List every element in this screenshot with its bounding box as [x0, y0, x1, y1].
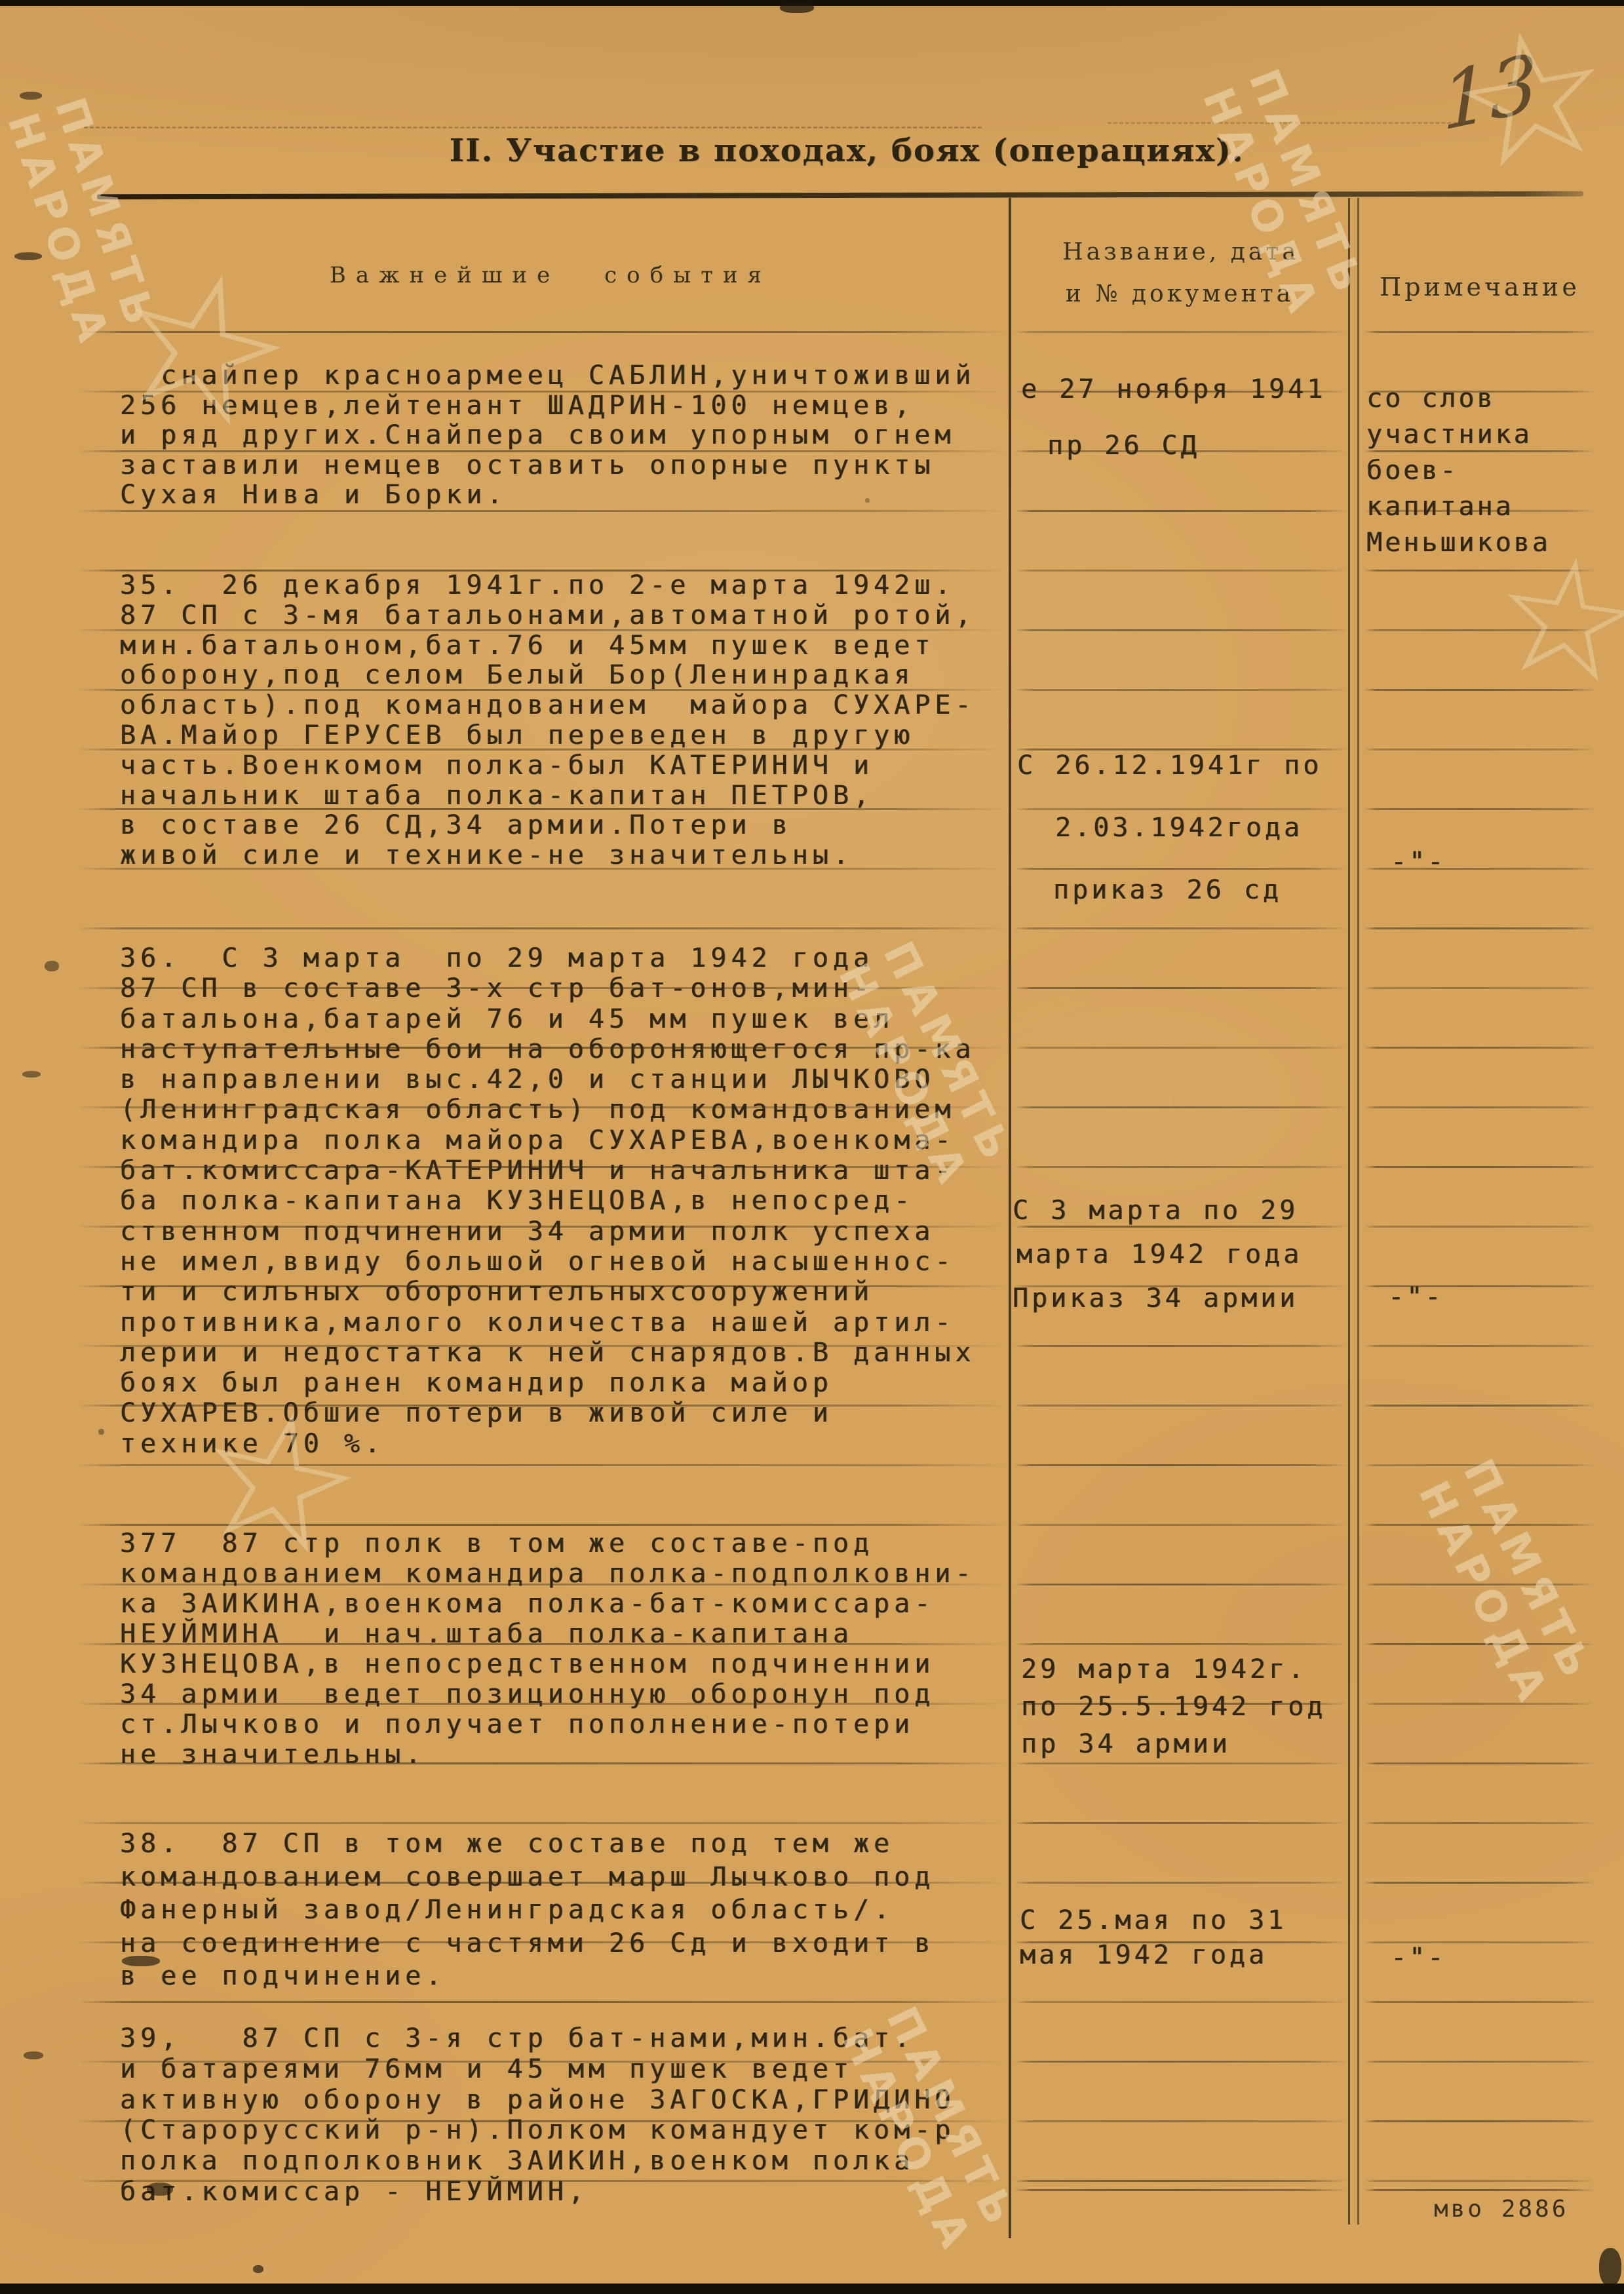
ruled-line [77, 1464, 1008, 1466]
event-line: 39, 87 СП с 3-я стр бат-нами,мин.бат. [120, 2023, 955, 2054]
ruled-line [1364, 2189, 1595, 2191]
event-line: 34 армии ведет позиционную оборонун под [120, 1679, 975, 1709]
ruled-line [1015, 2001, 1347, 2003]
ruled-line [1015, 1882, 1347, 1884]
event-line: ти и сильных оборонительныхсооружений [120, 1277, 975, 1307]
event-line: оборону,под селом Белый Бор(Ленинрадкая [120, 661, 975, 691]
ruled-line [1015, 1464, 1347, 1466]
doc-line: пр 26 СД [1021, 418, 1326, 474]
ink-speck [865, 498, 870, 503]
archive-stamp: мво 2886 [1434, 2196, 1568, 2223]
event-line: 87 СП с 3-мя батальонами,автоматной рото… [120, 601, 975, 631]
ruled-line [1015, 1405, 1347, 1407]
ruled-line [1015, 868, 1347, 870]
ink-speck [14, 252, 42, 260]
note-line: участника [1366, 417, 1551, 453]
event-line: 36. С 3 марта по 29 марта 1942 года [120, 943, 975, 973]
ruled-line [1364, 927, 1595, 929]
ruled-line [1364, 629, 1595, 631]
ruled-line [77, 987, 1008, 989]
ruled-line [1364, 2001, 1595, 2003]
column-divider-1 [1009, 198, 1011, 2238]
event-line: Сухая Нива и Борки. [120, 480, 975, 511]
ruled-line [77, 2001, 1008, 2003]
ruled-line [77, 510, 1008, 512]
event-line: активную оборону в районе ЗАГОСКА,ГРИДИН… [120, 2085, 955, 2116]
event-line: противника,малого количества нашей артил… [120, 1308, 975, 1338]
event-line: 35. 26 декабря 1941г.по 2-е марта 1942ш. [120, 571, 975, 601]
ruled-line [1015, 1762, 1347, 1764]
doc-block: 29 марта 1942г.по 25.5.1942 годпр 34 арм… [1021, 1651, 1326, 1763]
ruled-line [1364, 1524, 1595, 1526]
event-line: бат.комиссара-КАТЕРИНИЧ и начальника шта… [120, 1156, 975, 1186]
note-line: -"- [1391, 844, 1446, 880]
ruled-line [77, 1941, 1008, 1943]
ruled-line [1364, 808, 1595, 810]
ruled-line [1015, 2189, 1347, 2191]
ruled-line [1364, 331, 1595, 333]
event-line: 377 87 стр полк в том же составе-под [120, 1528, 975, 1559]
document-page: 13 II. Участие в походах, боях (операция… [0, 0, 1624, 2294]
event-line: снайпер красноармеец САБЛИН,уничтоживший [120, 361, 975, 391]
ruled-line [1364, 1703, 1595, 1705]
event-block: 377 87 стр полк в том же составе-подкома… [120, 1528, 975, 1770]
event-line: ственном подчинении 34 армии полк успеха [120, 1216, 975, 1247]
event-line: командованием совершает марш Лычково под [120, 1861, 935, 1894]
ink-speck [45, 961, 59, 971]
table-top-rule [97, 191, 1583, 200]
doc-line: марта 1942 года [1013, 1233, 1302, 1277]
ruled-line [1364, 1047, 1595, 1049]
ruled-line [1364, 1285, 1595, 1287]
ruled-line [1364, 748, 1595, 750]
ruled-line [77, 331, 1008, 333]
event-line: живой силе и технике-не значительны. [120, 841, 975, 871]
handwritten-page-number: 13 [1440, 36, 1539, 148]
ink-speck [22, 1071, 41, 1078]
faded-rule [84, 126, 982, 128]
ink-speck [1599, 2248, 1621, 2286]
ruled-line [77, 1106, 1008, 1108]
event-line: батальона,батарей 76 и 45 мм пушек вел [120, 1004, 975, 1034]
faded-rule [1108, 122, 1475, 124]
ruled-line [1015, 808, 1347, 810]
ruled-line [1015, 331, 1347, 333]
ruled-line [1015, 1345, 1347, 1347]
event-line: ВА.Майор ГЕРУСЕВ был переведен в другую [120, 721, 975, 751]
header-events: Важнейшие события [330, 262, 771, 288]
ruled-line [1015, 1584, 1347, 1585]
ruled-line [1015, 1285, 1347, 1287]
watermark-text: ПАМЯТЬ НАРОДА [0, 92, 167, 354]
ruled-line [1364, 1345, 1595, 1347]
ruled-line [77, 1584, 1008, 1585]
ruled-line [77, 1524, 1008, 1526]
doc-line: пр 34 армии [1021, 1726, 1326, 1763]
ruled-line [1364, 987, 1595, 989]
event-line: лерии и недостатка к ней снарядов.В данн… [120, 1338, 975, 1368]
event-line: заставили немцев оставить опорные пункты [120, 451, 975, 481]
ruled-line [1364, 510, 1595, 512]
note-line: Меньшикова [1366, 525, 1551, 561]
doc-line: 29 марта 1942г. [1021, 1651, 1326, 1688]
ruled-line [77, 1643, 1008, 1645]
ruled-line [1015, 629, 1347, 631]
ruled-line [1015, 2120, 1347, 2122]
event-line: начальник штаба полка-капитан ПЕТРОВ, [120, 781, 975, 811]
ruled-line [77, 2061, 1008, 2063]
event-block: снайпер красноармеец САБЛИН,уничтоживший… [120, 361, 975, 511]
ruled-line [1015, 2180, 1347, 2182]
ruled-line [1015, 510, 1347, 512]
ruled-line [77, 1822, 1008, 1824]
ruled-line [1364, 2120, 1595, 2122]
column-divider-2a [1348, 198, 1350, 2225]
event-line: КУЗНЕЦОВА,в непосредственном подчиненнии [120, 1649, 975, 1679]
ruled-line [1015, 391, 1347, 393]
ruled-line [1015, 1524, 1347, 1526]
ruled-line [77, 1703, 1008, 1705]
ruled-line [1364, 689, 1595, 691]
event-line: (Ленинградская область) под командование… [120, 1095, 975, 1125]
ruled-line [1015, 927, 1347, 929]
ruled-line [1364, 1882, 1595, 1884]
ruled-line [77, 1882, 1008, 1884]
ruled-line [1364, 868, 1595, 870]
event-line: область).под командованием майора СУХАРЕ… [120, 691, 975, 721]
note-line: боев- [1366, 453, 1551, 489]
event-block: 38. 87 СП в том же составе под тем жеком… [120, 1827, 935, 1993]
doc-block: С 26.12.1941г по2.03.1942годаприказ 26 с… [1017, 735, 1322, 922]
section-title: II. Участие в походах, боях (операциях). [450, 132, 1245, 169]
note-block: -"- [1391, 844, 1446, 880]
note-line: капитана [1366, 489, 1551, 525]
doc-block: С 3 марта по 29марта 1942 годаПриказ 34 … [1013, 1189, 1302, 1321]
note-block: -"- [1391, 1940, 1446, 1976]
ink-speck [20, 92, 42, 100]
ink-speck [24, 2051, 43, 2059]
event-line: мин.батальоном,бат.76 и 45мм пушек ведет [120, 631, 975, 661]
ruled-line [1015, 689, 1347, 691]
ruled-line [1015, 1941, 1347, 1943]
ruled-line [1015, 1047, 1347, 1049]
ruled-line [1364, 1643, 1595, 1645]
ruled-line [1015, 570, 1347, 572]
event-line: ст.Лычково и получает пополнение-потери [120, 1709, 975, 1740]
ruled-line [1364, 391, 1595, 393]
event-line: часть.Военкомом полка-был КАТЕРИНИЧ и [120, 751, 975, 781]
doc-block: е 27 ноября 1941пр 26 СД [1021, 361, 1326, 474]
event-line: ка ЗАИКИНА,военкома полка-бат-комиссара- [120, 1589, 975, 1619]
ruled-line [1364, 1405, 1595, 1407]
ruled-line [77, 450, 1008, 452]
event-line: полка подполковник ЗАИКИН,военком полка [120, 2146, 955, 2177]
ink-speck [147, 2183, 173, 2196]
ruled-line [77, 689, 1008, 691]
ruled-line [77, 2180, 1008, 2182]
doc-line: Приказ 34 армии [1013, 1277, 1302, 1321]
ruled-line [1015, 1106, 1347, 1108]
ruled-line [77, 570, 1008, 572]
event-line: боях был ранен командир полка майор [120, 1368, 975, 1398]
doc-line: по 25.5.1942 год [1021, 1688, 1326, 1726]
ruled-line [1015, 1226, 1347, 1228]
ruled-line [77, 391, 1008, 393]
ruled-line [77, 1047, 1008, 1049]
event-line: 256 немцев,лейтенант ШАДРИН-100 немцев, [120, 391, 975, 421]
scan-edge-bottom [0, 2284, 1624, 2294]
ruled-line [77, 868, 1008, 870]
ink-speck [780, 3, 814, 13]
event-line: Фанерный завод/Ленинградская область/. [120, 1894, 935, 1927]
ruled-line [1364, 570, 1595, 572]
ruled-line [77, 808, 1008, 810]
note-line: со слов [1366, 381, 1551, 417]
event-line: СУХАРЕВ.Обшие потери в живой силе и [120, 1398, 975, 1428]
event-block: 35. 26 декабря 1941г.по 2-е марта 1942ш.… [120, 571, 975, 871]
ruled-line [1015, 987, 1347, 989]
doc-block: С 25.мая по 31мая 1942 года [1020, 1903, 1286, 1973]
ruled-line [1364, 1106, 1595, 1108]
ruled-line [1015, 450, 1347, 452]
column-divider-2b [1357, 198, 1359, 2225]
ruled-line [1364, 450, 1595, 452]
ruled-line [77, 1226, 1008, 1228]
ruled-line [1364, 1941, 1595, 1943]
event-line: не имел,ввиду большой огневой насышеннос… [120, 1247, 975, 1277]
doc-line: 2.03.1942года [1017, 797, 1322, 859]
event-line: командира полка майора СУХАРЕВА,военкома… [120, 1125, 975, 1156]
ruled-line [1364, 1584, 1595, 1585]
ruled-line [1364, 1464, 1595, 1466]
ruled-line [1015, 1822, 1347, 1824]
event-line: ба полка-капитана КУЗНЕЦОВА,в непосред- [120, 1186, 975, 1216]
event-line: технике 70 %. [120, 1429, 975, 1459]
ruled-line [1364, 1822, 1595, 1824]
header-document-line2: и № документа [1066, 281, 1294, 307]
ruled-line [1364, 1226, 1595, 1228]
event-block: 36. С 3 марта по 29 марта 1942 года87 СП… [120, 943, 975, 1459]
event-line: в составе 26 СД,34 армии.Потери в [120, 811, 975, 841]
ruled-line [1015, 1643, 1347, 1645]
ruled-line [77, 1285, 1008, 1287]
event-line: наступательные бои на обороняющегося пр-… [120, 1034, 975, 1064]
doc-line: С 25.мая по 31 [1020, 1903, 1286, 1938]
watermark-text: ПАМЯТЬ НАРОДА [1408, 1452, 1604, 1714]
ruled-line [1364, 1762, 1595, 1764]
ruled-line [77, 1345, 1008, 1347]
note-line: -"- [1391, 1940, 1446, 1976]
event-line: и батареями 76мм и 45 мм пушек ведет [120, 2054, 955, 2085]
ruled-line [1015, 1703, 1347, 1705]
header-note: Примечание [1380, 273, 1580, 301]
ruled-line [77, 748, 1008, 750]
header-document-line1: Название, дата [1062, 239, 1299, 265]
event-line: 38. 87 СП в том же составе под тем же [120, 1827, 935, 1861]
ruled-line [77, 1762, 1008, 1764]
ruled-line [1364, 1166, 1595, 1168]
event-line: не значительны. [120, 1740, 975, 1770]
ruled-line [77, 927, 1008, 929]
ruled-line [1015, 748, 1347, 750]
ruled-line [77, 1405, 1008, 1407]
ink-speck [98, 1429, 104, 1435]
ruled-line [1015, 2061, 1347, 2063]
event-line: в ее подчинение. [120, 1960, 935, 1993]
ruled-line [1364, 2180, 1595, 2182]
note-block: со словучастникабоев-капитанаМеньшикова [1366, 381, 1551, 561]
ink-speck [122, 1956, 160, 1966]
ruled-line [77, 629, 1008, 631]
ruled-line [77, 2120, 1008, 2122]
ruled-line [1364, 2061, 1595, 2063]
ruled-line [1015, 1166, 1347, 1168]
ruled-line [77, 1166, 1008, 1168]
doc-line: С 26.12.1941г по [1017, 735, 1322, 797]
event-line: и ряд других.Снайпера своим упорным огне… [120, 421, 975, 451]
doc-line: е 27 ноября 1941 [1021, 361, 1326, 418]
ink-speck [253, 2265, 263, 2273]
event-line: в направлении выс.42,0 и станции ЛЫЧКОВО [120, 1064, 975, 1095]
